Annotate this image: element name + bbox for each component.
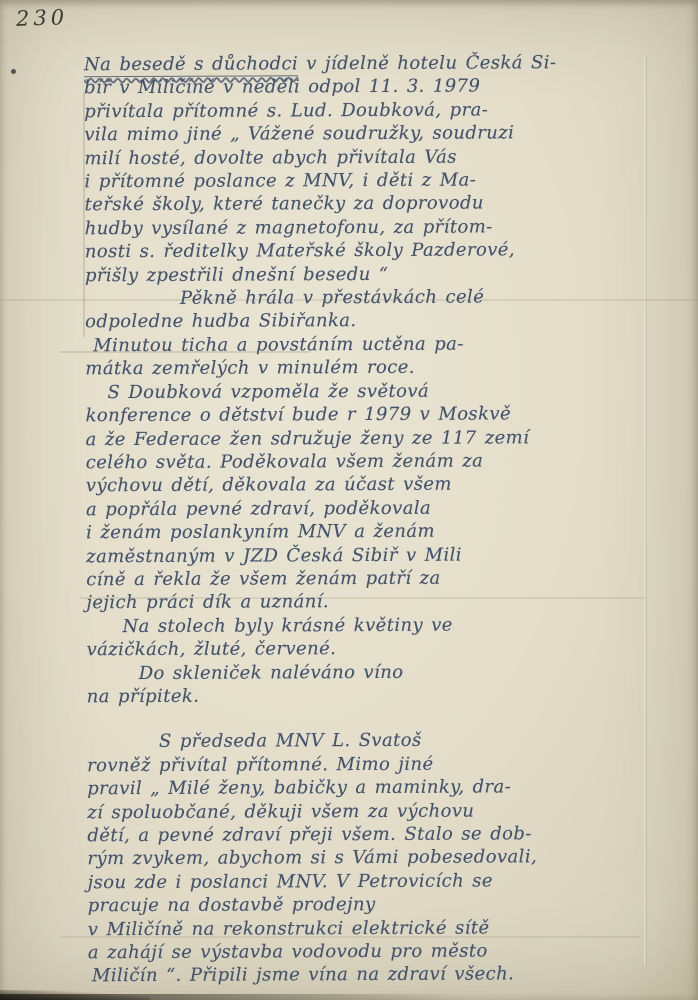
manuscript-line: jsou zde i poslanci MNV. V Petrovicích s… [88,869,654,895]
manuscript-line: nosti s. ředitelky Mateřské školy Pazder… [85,238,651,264]
manuscript-line: mátka zemřelých v minulém roce. [85,355,651,381]
manuscript-line: přišly zpestřili dnešní besedu “ [85,261,651,287]
manuscript-line: a zahájí se výstavba vodovodu pro město [88,939,654,965]
manuscript-line: bíř v Miličíně v neděli odpol 11. 3. 197… [84,74,650,100]
manuscript-heading-line: Na besedě s důchodci v jídelně hotelu Če… [84,51,650,77]
manuscript-line: přivítala přítomné s. Lud. Doubková, pra… [84,98,650,124]
margin-dot [11,69,16,74]
manuscript-text-block: Na besedě s důchodci v jídelně hotelu Če… [84,51,654,988]
manuscript-line: i přítomné poslance z MNV, i děti z Ma- [84,168,650,194]
manuscript-line: hudby vysílané z magnetofonu, za přítom- [85,215,651,241]
chronicle-page: 230 Na besedě s důchodci v jídelně hotel… [0,0,698,1000]
manuscript-line: vila mimo jiné „ Vážené soudružky, soudr… [84,121,650,147]
manuscript-line: a popřála pevné zdraví, poděkovala [86,495,652,521]
manuscript-line: zí spoluobčané, děkuji všem za výchovu [87,798,653,824]
manuscript-line: Pěkně hrála v přestávkách celé [85,285,651,311]
manuscript-line: zaměstnaným v JZD Česká Sibiř v Mili [86,542,652,568]
manuscript-line: odpoledne hudba Sibiřanka. [85,308,651,334]
manuscript-line: cíně a řekla že všem ženám patří za [86,566,652,592]
page-number: 230 [16,5,69,31]
manuscript-line: celého světa. Poděkovala všem ženám za [86,449,652,475]
manuscript-line: S Doubková vzpoměla že světová [85,378,651,404]
manuscript-line: a že Federace žen sdružuje ženy ze 117 z… [86,425,652,451]
manuscript-line: konference o dětství bude r 1979 v Moskv… [85,402,651,428]
manuscript-line: dětí, a pevné zdraví přeji všem. Stalo s… [87,822,653,848]
manuscript-line: Miličín “. Připili jsme vína na zdraví v… [88,962,654,988]
manuscript-line: jejich práci dík a uznání. [86,589,652,615]
manuscript-line: Do skleniček naléváno víno [87,659,653,685]
manuscript-line: milí hosté, dovolte abych přivítala Vás [84,144,650,170]
manuscript-line: na přípitek. [87,683,653,709]
manuscript-line: teřské školy, které tanečky za doprovodu [85,191,651,217]
manuscript-line: pravil „ Milé ženy, babičky a maminky, d… [87,775,653,801]
manuscript-line: v Miličíně na rekonstrukci elektrické sí… [88,915,654,941]
heading-underlined-text: Na besedě s důchodci [84,53,298,77]
manuscript-line: rovněž přivítal přítomné. Mimo jiné [87,752,653,778]
manuscript-line: výchovu dětí, děkovala za účast všem [86,472,652,498]
manuscript-line: vázičkách, žluté, červené. [87,636,653,662]
manuscript-line: Na stolech byly krásné květiny ve [86,613,652,639]
manuscript-line: S předseda MNV L. Svatoš [87,728,653,754]
bottom-edge-shadow [0,994,470,1000]
bottom-left-corner-shadow [0,990,150,1000]
manuscript-line: Minutou ticha a povstáním uctěna pa- [85,332,651,358]
manuscript-line: rým zvykem, abychom si s Vámi pobesedova… [87,845,653,871]
manuscript-line: i ženám poslankyním MNV a ženám [86,519,652,545]
manuscript-line: pracuje na dostavbě prodejny [88,892,654,918]
heading-rest-text: v jídelně hotelu Česká Si- [298,52,556,74]
